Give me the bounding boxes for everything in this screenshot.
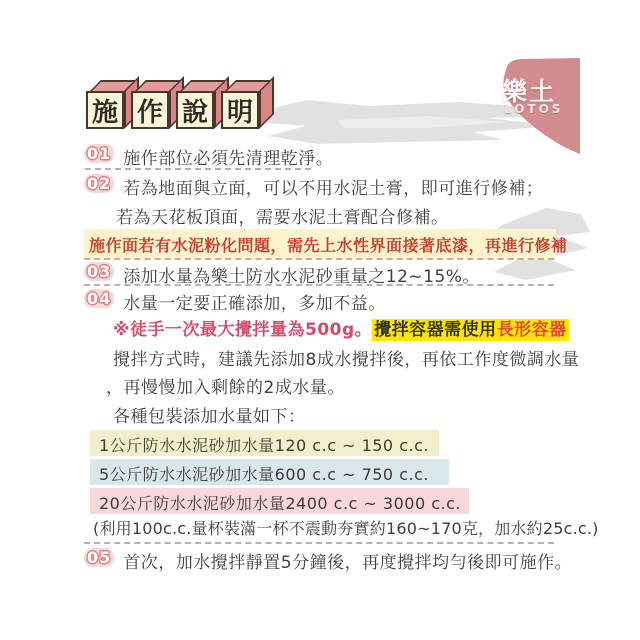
step-05: 05 首次，加水攪拌靜置5分鐘後，再度攪拌均勻後即可施作。: [84, 548, 572, 573]
page-title: 施 作 說 明: [86, 80, 286, 140]
divider-dashed: [84, 258, 554, 260]
step-01-text: 施作部位必須先清理乾淨。: [123, 144, 333, 169]
cube-front-face: 說: [176, 91, 214, 129]
step-04: 04 水量一定要正確添加，多加不益。: [84, 289, 386, 314]
step-01: 01 施作部位必須先清理乾淨。: [84, 144, 333, 169]
dosage-row-5kg: 5公斤防水水泥砂加水量600 c.c ~ 750 c.c.: [90, 459, 449, 485]
step-02: 02 若為地面與立面，可以不用水泥土膏，即可進行修補；: [84, 174, 543, 199]
divider-dashed: [84, 542, 554, 544]
container-note: 攪拌容器需使用: [374, 320, 497, 340]
container-type: 長形容器: [497, 320, 567, 340]
divider-dashed: [84, 284, 554, 286]
title-char-1: 施: [92, 92, 118, 129]
step-04-mixing-line2: ，再慢慢加入剩餘的2成水量。: [106, 373, 345, 398]
max-mix-note: ※徒手一次最大攪拌量為500g。: [113, 320, 372, 340]
measuring-cup-note: (利用100c.c.量杯裝滿一杯不震動夯實約160~170克，加水約25c.c.…: [93, 516, 599, 539]
step-05-text: 首次，加水攪拌靜置5分鐘後，再度攪拌均勻後即可施作。: [123, 548, 572, 573]
divider-dashed: [85, 168, 311, 170]
step-03-number: 03: [84, 262, 114, 281]
step-02-text-line2: 若為天花板頂面，需要水泥土膏配合修補。: [116, 203, 449, 228]
title-cube-1: 施: [86, 80, 134, 128]
step-04-package-intro: 各種包裝添加水量如下：: [113, 402, 306, 427]
step-02-number: 02: [84, 174, 114, 193]
step-04-text: 水量一定要正確添加，多加不益。: [123, 289, 386, 314]
title-char-3: 說: [182, 92, 208, 129]
cube-front-face: 明: [221, 91, 259, 129]
step-04-mixing-line1: 攪拌方式時，建議先添加8成水攪拌後，再依工作度微調水量: [113, 345, 579, 370]
warning-note: 施作面若有水泥粉化問題，需先上水性界面接著底漆，再進行修補: [84, 229, 556, 260]
step-05-number: 05: [84, 548, 114, 567]
brand-subname: LOTOS: [504, 102, 563, 116]
step-01-number: 01: [84, 144, 114, 163]
brand-logo: 樂土 LOTOS: [496, 56, 588, 156]
title-cube-4: 明: [221, 80, 269, 128]
title-char-2: 作: [137, 92, 163, 129]
title-cube-2: 作: [131, 80, 179, 128]
cube-front-face: 施: [86, 91, 124, 129]
instruction-sheet: 樂土 LOTOS 施 作 說: [0, 0, 640, 640]
step-04-mix-note: ※徒手一次最大攪拌量為500g。攪拌容器需使用長形容器: [113, 315, 569, 340]
dosage-row-1kg: 1公斤防水水泥砂加水量120 c.c ~ 150 c.c.: [90, 430, 439, 456]
cube-front-face: 作: [131, 91, 169, 129]
container-highlight: 攪拌容器需使用長形容器: [372, 319, 569, 341]
title-char-4: 明: [227, 92, 253, 129]
title-cube-3: 說: [176, 80, 224, 128]
dosage-row-20kg: 20公斤防水水泥砂加水量2400 c.c ~ 3000 c.c.: [90, 488, 469, 514]
step-04-number: 04: [84, 289, 114, 308]
step-02-text-line1: 若為地面與立面，可以不用水泥土膏，即可進行修補；: [123, 174, 543, 199]
